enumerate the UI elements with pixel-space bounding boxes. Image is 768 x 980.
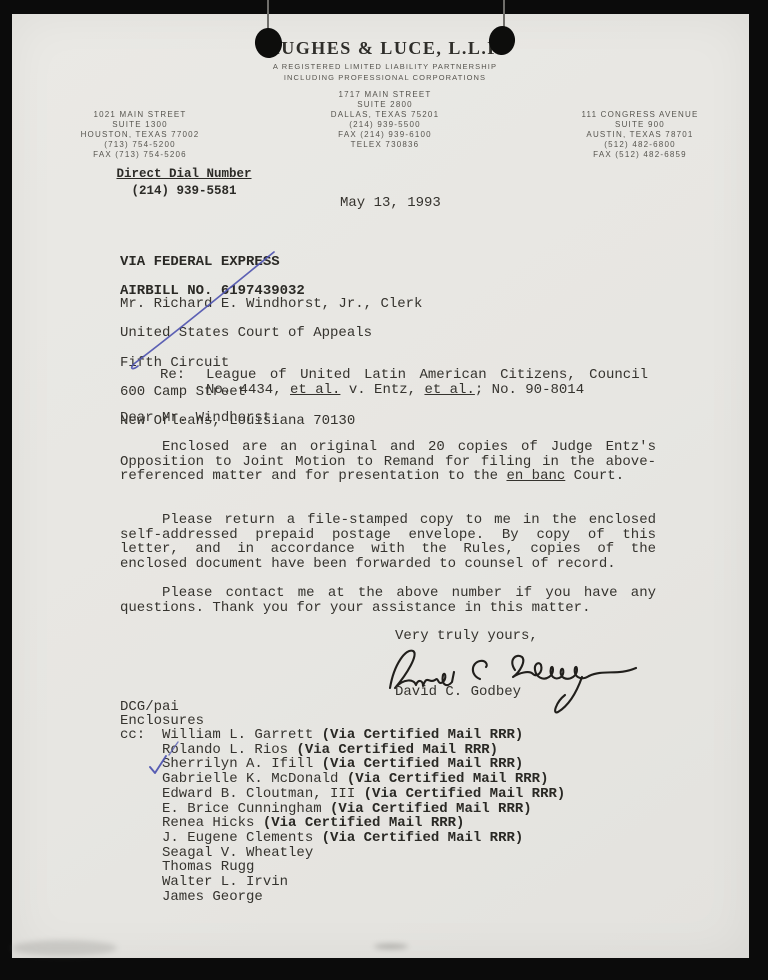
signature-ink (384, 636, 644, 722)
re-etal-2: et al. (424, 382, 474, 398)
cc-name: Renea Hicks (162, 815, 263, 831)
direct-dial-number: (214) 939-5581 (131, 184, 236, 198)
cc-via: (Via Certified Mail RRR) (322, 830, 524, 846)
firm-subtitle-1: A REGISTERED LIMITED LIABILITY PARTNERSH… (185, 62, 585, 71)
body-paragraph-3: Please contact me at the above number if… (120, 586, 656, 615)
cc-via: (Via Certified Mail RRR) (364, 786, 566, 802)
signer-name: David C. Godbey (395, 685, 521, 700)
cc-name: E. Brice Cunningham (162, 801, 330, 817)
recipient-line-1: Mr. Richard E. Windhorst, Jr., Clerk (120, 296, 422, 312)
recipient-line-2: United States Court of Appeals (120, 325, 372, 341)
body-paragraph-1: Enclosed are an original and 20 copies o… (120, 440, 656, 484)
cc-entry: Rolando L. Rios (Via Certified Mail RRR) (162, 743, 565, 758)
firm-name: HUGHES & LUCE, L.L.P. (185, 38, 585, 59)
recipient-address: Mr. Richard E. Windhorst, Jr., Clerk Uni… (120, 282, 422, 429)
cc-name: Edward B. Cloutman, III (162, 786, 364, 802)
cc-name: William L. Garrett (162, 727, 322, 743)
re-seg-3: ; No. 90-8014 (475, 382, 584, 398)
cc-name: Thomas Rugg (162, 859, 254, 875)
cc-entry: Thomas Rugg (162, 860, 565, 875)
re-label: Re: (160, 368, 185, 383)
valediction: Very truly yours, (395, 629, 538, 644)
houston-office-address: 1021 MAIN STREET SUITE 1300 HOUSTON, TEX… (45, 110, 235, 160)
cc-entry: Seagal V. Wheatley (162, 846, 565, 861)
cc-entry: J. Eugene Clements (Via Certified Mail R… (162, 831, 565, 846)
cc-via: (Via Certified Mail RRR) (347, 771, 549, 787)
cc-via: (Via Certified Mail RRR) (322, 756, 524, 772)
re-etal-1: et al. (290, 382, 340, 398)
cc-entry: Walter L. Irvin (162, 875, 565, 890)
cc-via: (Via Certified Mail RRR) (322, 727, 524, 743)
cc-names: William L. Garrett (Via Certified Mail R… (162, 728, 565, 904)
body-paragraph-2: Please return a file-stamped copy to me … (120, 513, 656, 572)
scanned-letter: HUGHES & LUCE, L.L.P. A REGISTERED LIMIT… (0, 0, 768, 980)
scan-smudge (374, 944, 408, 949)
salutation: Dear Mr. Windhorst: (120, 411, 280, 426)
cc-name: J. Eugene Clements (162, 830, 322, 846)
cc-name: Seagal V. Wheatley (162, 845, 313, 861)
cc-entry: James George (162, 890, 565, 905)
cc-entry: Gabrielle K. McDonald (Via Certified Mai… (162, 772, 565, 787)
dallas-office-address: 1717 MAIN STREET SUITE 2800 DALLAS, TEXA… (285, 90, 485, 150)
cc-via: (Via Certified Mail RRR) (263, 815, 465, 831)
letter-date: May 13, 1993 (340, 196, 441, 211)
re-subject: League of United Latin American Citizens… (206, 368, 648, 397)
cc-name: James George (162, 889, 263, 905)
letter-page: HUGHES & LUCE, L.L.P. A REGISTERED LIMIT… (12, 14, 749, 958)
re-seg-2: v. Entz, (340, 382, 424, 398)
direct-dial-label: Direct Dial Number (116, 167, 251, 181)
firm-subtitle-2: INCLUDING PROFESSIONAL CORPORATIONS (185, 73, 585, 82)
p1-en-banc: en banc (506, 468, 565, 484)
cc-via: (Via Certified Mail RRR) (296, 742, 498, 758)
delivery-line-1: VIA FEDERAL EXPRESS (120, 254, 280, 270)
cc-entry: Sherrilyn A. Ifill (Via Certified Mail R… (162, 757, 565, 772)
cc-entry: Edward B. Cloutman, III (Via Certified M… (162, 787, 565, 802)
cc-entry: Renea Hicks (Via Certified Mail RRR) (162, 816, 565, 831)
austin-office-address: 111 CONGRESS AVENUE SUITE 900 AUSTIN, TE… (545, 110, 735, 160)
cc-entry: E. Brice Cunningham (Via Certified Mail … (162, 802, 565, 817)
cc-via: (Via Certified Mail RRR) (330, 801, 532, 817)
p1-court: Court. (565, 468, 624, 484)
cc-name: Sherrilyn A. Ifill (162, 756, 322, 772)
scan-smudge (12, 940, 117, 956)
cc-name: Walter L. Irvin (162, 874, 288, 890)
direct-dial-block: Direct Dial Number (214) 939-5581 (84, 166, 284, 200)
cc-name: Gabrielle K. McDonald (162, 771, 347, 787)
cc-label: cc: (120, 728, 145, 743)
cc-entry: William L. Garrett (Via Certified Mail R… (162, 728, 565, 743)
cc-name: Rolando L. Rios (162, 742, 296, 758)
